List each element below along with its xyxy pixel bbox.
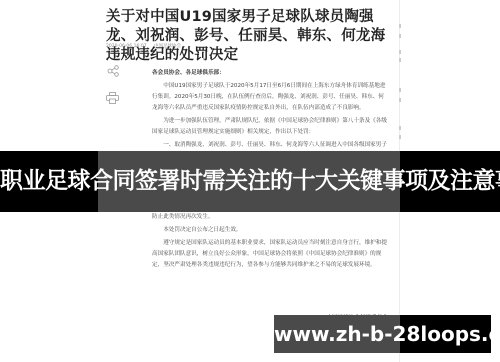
print-icon[interactable] bbox=[106, 92, 119, 104]
edge-mark bbox=[399, 24, 401, 28]
paragraph: 为进一步加强队伍管理，严肃队规队纪，依据《中国足球协会纪律准则》第八十条及《各级… bbox=[152, 116, 388, 138]
watermark-text: www.zh-b-28loops.com bbox=[274, 315, 491, 353]
paragraph: 遵守规定是国家队运动员的基本职业要求，国家队运动员应当时刻注意自身言行，维护和提… bbox=[152, 238, 388, 271]
share-icon[interactable] bbox=[107, 65, 119, 77]
edge-mark bbox=[399, 88, 401, 92]
edge-mark bbox=[399, 34, 401, 38]
edge-mark bbox=[399, 126, 401, 130]
headline-text: 职业足球合同签署时需关注的十大关键事项及注意事项解析 bbox=[0, 151, 500, 212]
paragraph: 中国U19国家男子足球队于2020年5月17日至6月6日期间在上海东方绿舟体育训… bbox=[152, 81, 388, 114]
paragraph: 本处罚决定自公布之日起生效。 bbox=[152, 225, 388, 236]
edge-mark bbox=[399, 98, 401, 102]
article-date: 2020-06-06 16:07 bbox=[106, 44, 147, 49]
article-title: 关于对中国U19国家男子足球队球员陶强龙、刘祝润、彭号、任丽昊、韩东、何龙海违规… bbox=[106, 8, 396, 65]
edge-mark bbox=[399, 135, 401, 139]
edge-mark bbox=[399, 50, 401, 54]
article-source: 中国足球协会 bbox=[154, 44, 181, 49]
salutation: 各会员协会、各足球俱乐部： bbox=[152, 68, 388, 79]
article-meta: 2020-06-06 16:07 中国足球协会 bbox=[106, 43, 187, 49]
edge-mark bbox=[399, 58, 401, 62]
